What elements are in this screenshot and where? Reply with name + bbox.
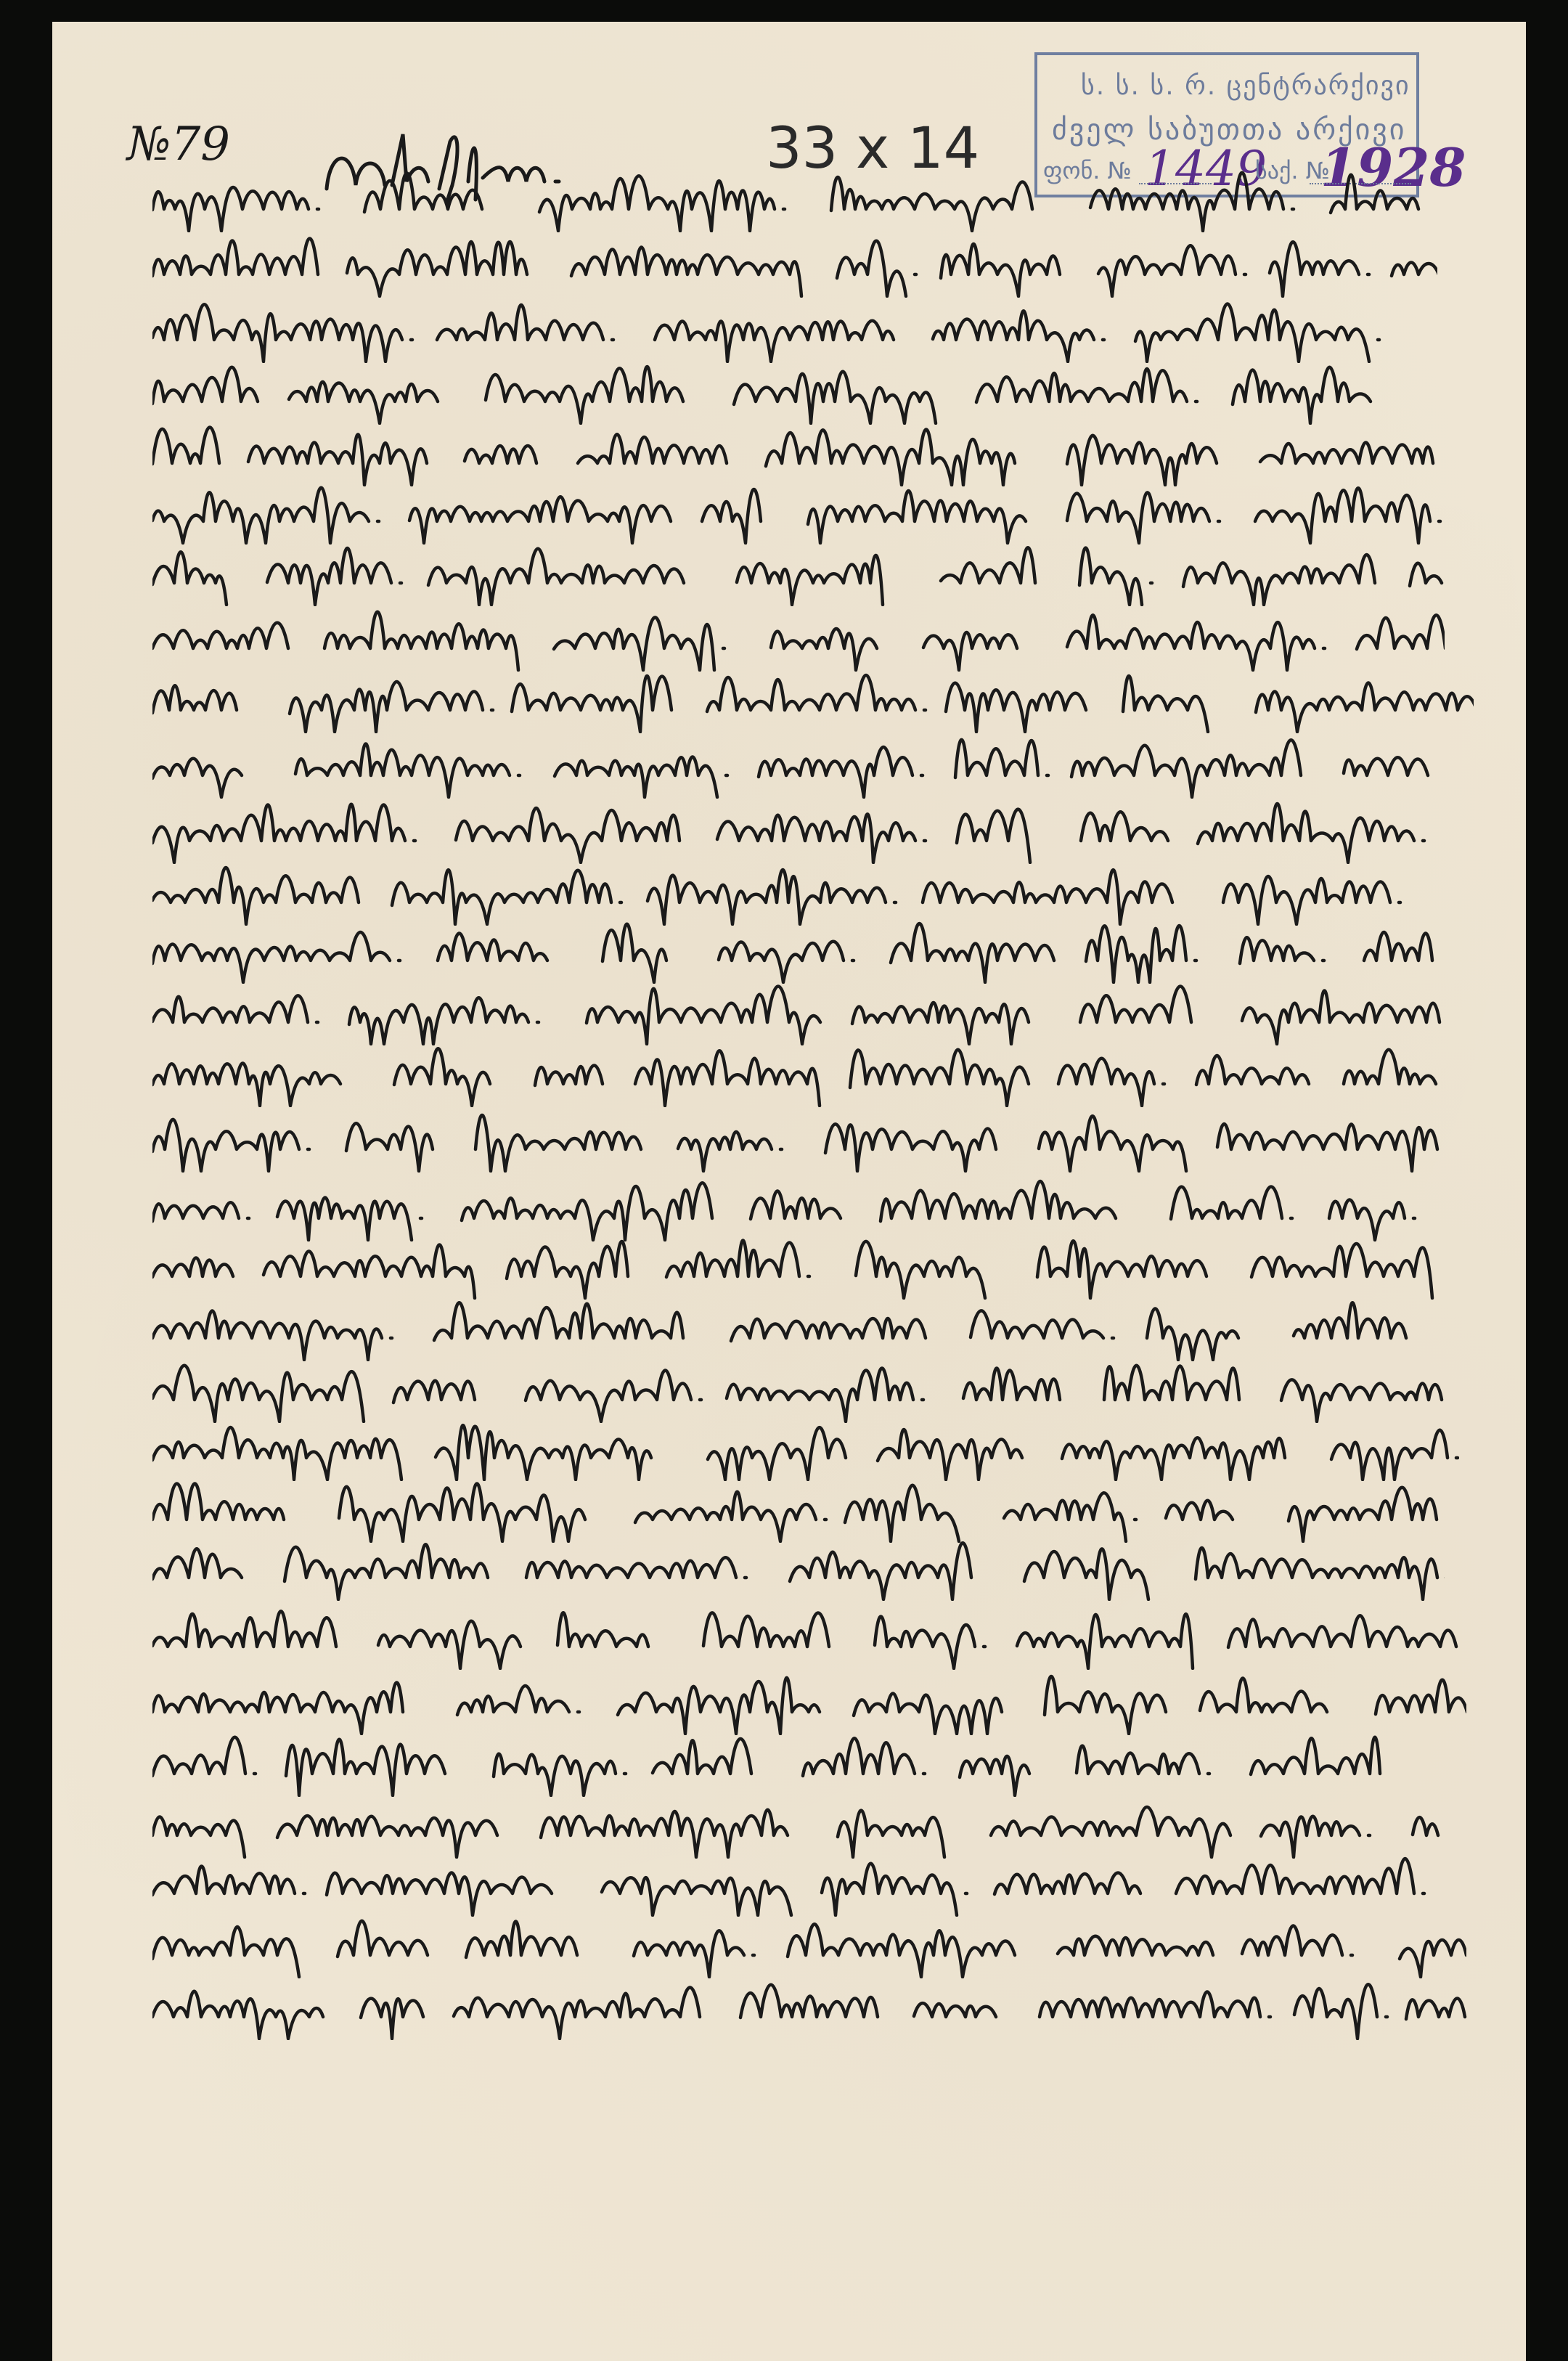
handwritten-line <box>152 232 1437 298</box>
handwritten-line <box>152 668 1474 733</box>
handwritten-line <box>152 1732 1452 1797</box>
handwritten-line <box>152 1042 1445 1107</box>
handwritten-line <box>152 167 1423 232</box>
handwritten-line <box>152 359 1437 425</box>
cursive-scribble <box>152 980 1445 1045</box>
cursive-scribble <box>152 668 1474 733</box>
handwritten-line <box>152 733 1437 799</box>
cursive-scribble <box>152 421 1445 486</box>
handwritten-line <box>152 541 1445 606</box>
cursive-scribble <box>152 860 1445 926</box>
cursive-scribble <box>152 1234 1452 1300</box>
cursive-scribble <box>152 1670 1466 1735</box>
cursive-scribble <box>152 733 1437 799</box>
handwritten-line <box>152 421 1445 486</box>
handwritten-line <box>152 1670 1466 1735</box>
page-number: №79 <box>127 118 230 171</box>
cursive-scribble <box>152 1416 1459 1481</box>
cursive-scribble <box>152 1913 1466 1978</box>
handwritten-line <box>152 1107 1445 1173</box>
handwritten-line <box>152 1358 1445 1423</box>
cursive-scribble <box>152 298 1437 363</box>
handwritten-line <box>152 799 1445 864</box>
handwritten-line <box>152 1851 1466 1917</box>
cursive-scribble <box>152 1793 1445 1859</box>
cursive-scribble <box>152 1107 1445 1173</box>
handwritten-line <box>152 918 1445 984</box>
stamp-line-1: ს. ს. ს. რ. ცენტრარქივი <box>1081 71 1410 101</box>
cursive-scribble <box>152 1604 1459 1670</box>
handwritten-line <box>152 1234 1452 1300</box>
handwritten-line <box>152 606 1445 672</box>
cursive-scribble <box>152 606 1445 672</box>
handwritten-line <box>152 1793 1445 1859</box>
cursive-scribble <box>152 799 1445 864</box>
handwritten-line <box>152 298 1437 363</box>
handwritten-line <box>152 479 1445 545</box>
cursive-scribble <box>152 1975 1474 2040</box>
handwritten-line <box>152 860 1445 926</box>
cursive-scribble <box>152 1477 1452 1543</box>
cursive-scribble <box>152 1358 1445 1423</box>
cursive-scribble <box>152 232 1437 298</box>
cursive-scribble <box>152 1042 1445 1107</box>
cursive-scribble <box>152 359 1437 425</box>
cursive-scribble <box>152 1296 1445 1361</box>
cursive-scribble <box>152 1536 1445 1601</box>
handwritten-line <box>152 980 1445 1045</box>
cursive-scribble <box>152 1176 1437 1241</box>
cursive-scribble <box>152 479 1445 545</box>
handwritten-line <box>152 1477 1452 1543</box>
cursive-scribble <box>152 1732 1452 1797</box>
handwritten-line <box>152 1536 1445 1601</box>
handwritten-line <box>152 1296 1445 1361</box>
handwritten-line <box>152 1913 1466 1978</box>
handwritten-line <box>152 1604 1459 1670</box>
handwritten-line <box>152 1176 1437 1241</box>
handwritten-line <box>152 1975 1474 2040</box>
handwritten-line <box>152 1416 1459 1481</box>
cursive-scribble <box>152 918 1445 984</box>
cursive-scribble <box>152 1851 1466 1917</box>
cursive-scribble <box>152 167 1423 232</box>
cursive-scribble <box>152 541 1445 606</box>
